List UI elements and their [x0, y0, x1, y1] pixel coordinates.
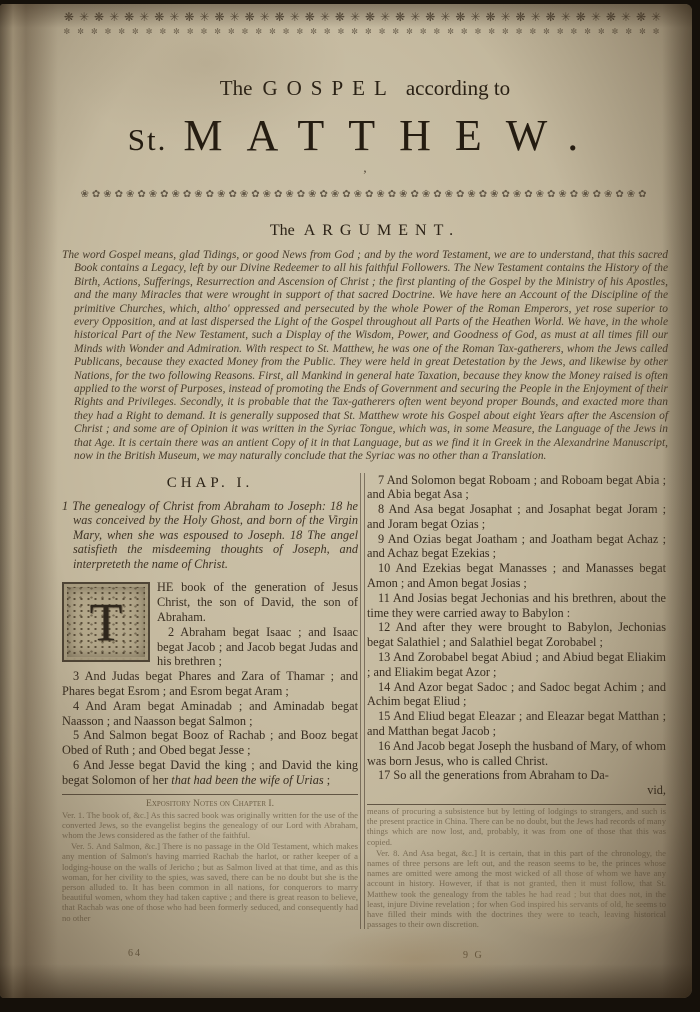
right-column: 7 And Solomon begat Roboam ; and Roboam … — [367, 473, 666, 930]
verse-5: 5 And Salmon begat Booz of Rachab ; and … — [62, 728, 358, 758]
title-according-to: according to — [406, 76, 510, 100]
two-column-text: CHAP. I. 1 The genealogy of Christ from … — [62, 473, 668, 930]
title-the: The — [220, 76, 253, 100]
chapter-summary: 1 The genealogy of Christ from Abraham t… — [62, 499, 358, 572]
signature-mark-left: 64 — [128, 948, 142, 959]
ornamental-initial-icon: T — [62, 582, 150, 662]
argument-the: The — [270, 222, 295, 239]
footnotes-header: Expository Notes on Chapter I. — [62, 798, 358, 809]
footnote-ver5: Ver. 5. And Salmon, &c.] There is no pas… — [62, 841, 358, 923]
left-column: CHAP. I. 1 The genealogy of Christ from … — [62, 473, 358, 930]
footnotes-left: Ver. 1. The book of, &c.] As this sacred… — [62, 809, 358, 923]
verse-6-italic: that had been the wife of Urias — [171, 773, 323, 787]
verse-10: 10 And Ezekias begat Manasses ; and Mana… — [367, 561, 666, 591]
verse-11: 11 And Josias begat Jechonias and his br… — [367, 591, 666, 621]
catchword: vid, — [367, 783, 666, 798]
top-ornament-band-icon: ❋✳❋✳❋✳❋✳❋✳❋✳❋✳❋✳❋✳❋✳❋✳❋✳❋✳❋✳❋✳❋✳❋✳❋✳❋✳❋✳ — [62, 10, 668, 25]
verse-15: 15 And Eliud begat Eleazar ; and Eleazar… — [367, 709, 666, 739]
verse-4: 4 And Aram begat Aminadab ; and Aminadab… — [62, 699, 358, 729]
signature-mark-right: 9 G — [463, 950, 484, 961]
argument-text: The word Gospel means, glad Tidings, or … — [62, 249, 668, 464]
chapter-heading: CHAP. I. — [62, 475, 358, 492]
verse-8: 8 And Asa begat Josaphat ; and Josaphat … — [367, 502, 666, 532]
verse-16: 16 And Jacob begat Joseph the husband of… — [367, 739, 666, 769]
gospel-title-line: TheGOSPELaccording to — [62, 76, 668, 101]
title-flourish-mark: , — [62, 163, 668, 173]
title-gospel: GOSPEL — [262, 76, 395, 100]
title-matthew: MATTHEW. — [183, 111, 602, 160]
matthew-title-line: St.MATTHEW. — [62, 110, 668, 161]
verse-14: 14 And Azor begat Sadoc ; and Sadoc bega… — [367, 680, 666, 710]
verse-17: 17 So all the generations from Abraham t… — [367, 768, 666, 783]
book-page: ❋✳❋✳❋✳❋✳❋✳❋✳❋✳❋✳❋✳❋✳❋✳❋✳❋✳❋✳❋✳❋✳❋✳❋✳❋✳❋✳… — [0, 4, 692, 998]
verse-3: 3 And Judas begat Phares and Zara of Tha… — [62, 669, 358, 699]
verse-9: 9 And Ozias begat Joatham ; and Joatham … — [367, 532, 666, 562]
divider-ornament-band-icon: ❀✿❀✿❀✿❀✿❀✿❀✿❀✿❀✿❀✿❀✿❀✿❀✿❀✿❀✿❀✿❀✿❀✿❀✿❀✿❀✿… — [62, 188, 668, 201]
title-st: St. — [128, 122, 168, 157]
footnotes-right: means of procuring a subsistence but by … — [367, 805, 666, 929]
argument-heading: TheARGUMENT. — [62, 222, 668, 240]
top-ornament-band2-icon: ✼✼✼✼✼✼✼✼✼✼✼✼✼✼✼✼✼✼✼✼✼✼✼✼✼✼✼✼✼✼✼✼✼✼✼✼✼✼✼✼… — [62, 26, 668, 37]
verse-6: 6 And Jesse begat David the king ; and D… — [62, 758, 358, 788]
argument-word: ARGUMENT. — [304, 222, 460, 239]
verse-1-block: T HE book of the generation of Jesus Chr… — [62, 580, 358, 698]
column-divider-rule — [360, 473, 365, 930]
page-content: ❋✳❋✳❋✳❋✳❋✳❋✳❋✳❋✳❋✳❋✳❋✳❋✳❋✳❋✳❋✳❋✳❋✳❋✳❋✳❋✳… — [62, 10, 668, 929]
verse-13: 13 And Zorobabel begat Abiud ; and Abiud… — [367, 650, 666, 680]
footnote-rule-left — [62, 794, 358, 795]
footnote-ver1: Ver. 1. The book of, &c.] As this sacred… — [62, 810, 358, 841]
verse-12: 12 And after they were brought to Babylo… — [367, 620, 666, 650]
footnote-ver8: Ver. 8. And Asa begat, &c.] It is certai… — [367, 848, 666, 930]
verse-7: 7 And Solomon begat Roboam ; and Roboam … — [367, 473, 666, 503]
verse-6-end: ; — [324, 773, 331, 787]
dropcap-letter: T — [90, 595, 123, 649]
footnote-continuation: means of procuring a subsistence but by … — [367, 806, 666, 847]
